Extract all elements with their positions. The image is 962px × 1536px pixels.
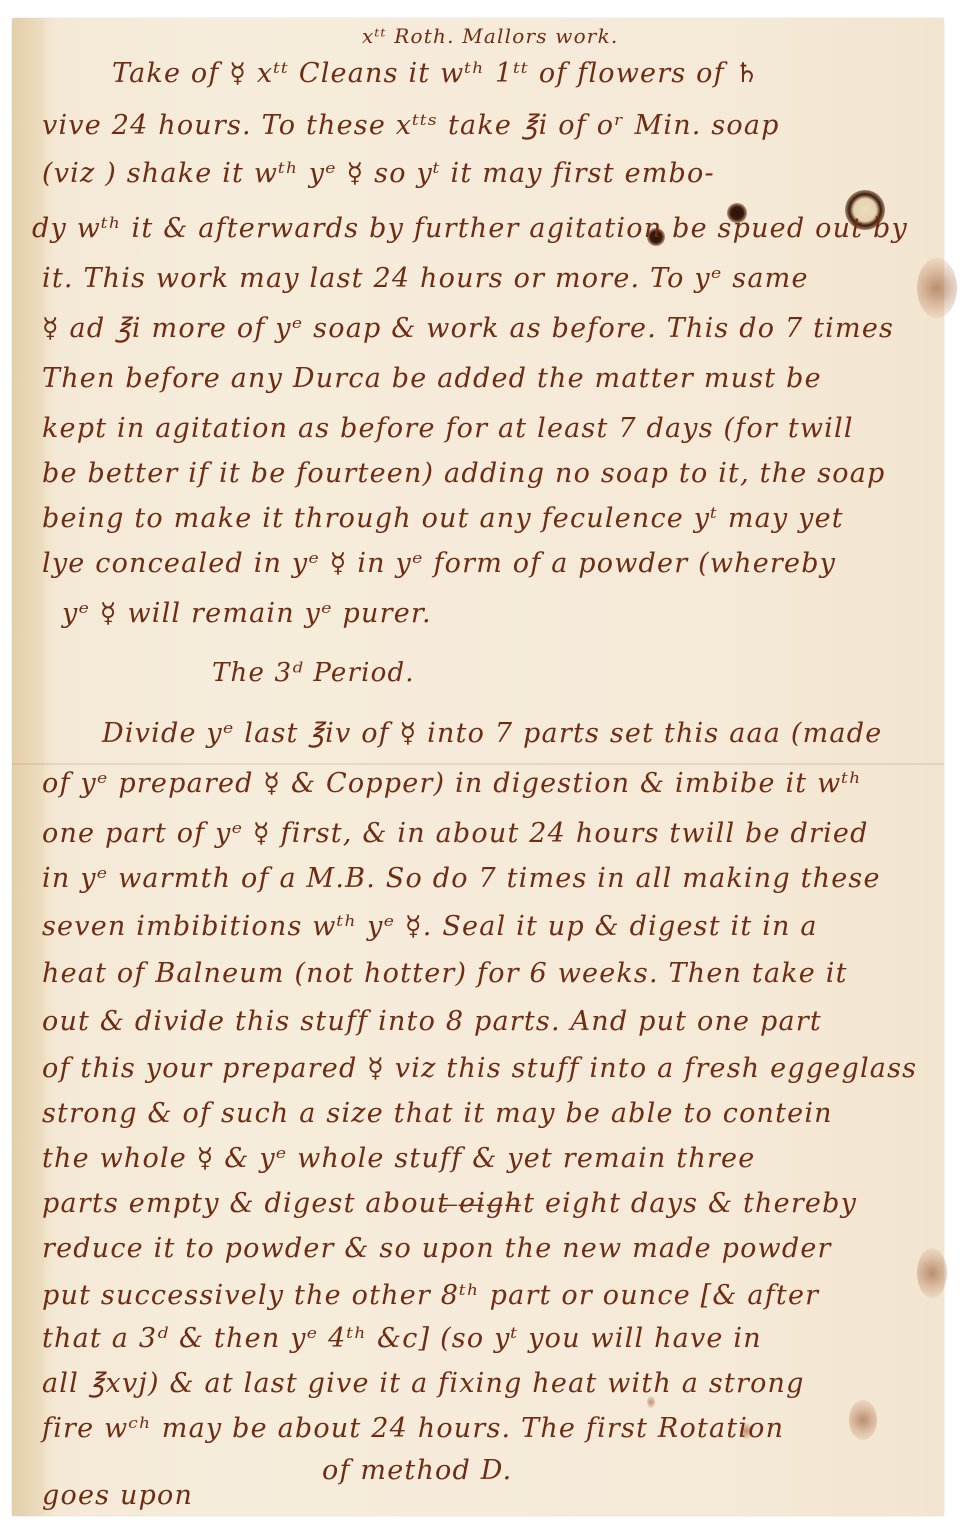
manuscript-line: one part of yᵉ ☿ first, & in about 24 ho… xyxy=(42,818,869,849)
manuscript-line: strong & of such a size that it may be a… xyxy=(42,1098,833,1129)
manuscript-line: it. This work may last 24 hours or more.… xyxy=(42,263,809,294)
manuscript-line: heat of Balneum (not hotter) for 6 weeks… xyxy=(42,958,848,989)
manuscript-line: fire wᶜʰ may be about 24 hours. The firs… xyxy=(42,1413,784,1444)
manuscript-line: all ℥xvj) & at last give it a fixing hea… xyxy=(42,1368,805,1399)
foxing-stain xyxy=(917,1248,947,1298)
manuscript-line: of yᵉ prepared ☿ & Copper) in digestion … xyxy=(42,768,862,799)
manuscript-line: of method D. xyxy=(322,1455,512,1486)
manuscript-line: Then before any Durca be added the matte… xyxy=(42,363,822,394)
manuscript-line: goes upon xyxy=(42,1480,193,1511)
manuscript-line: the whole ☿ & yᵉ whole stuff & yet remai… xyxy=(42,1143,755,1174)
manuscript-line: (viz ) shake it wᵗʰ yᵉ ☿ so yᵗ it may fi… xyxy=(42,158,715,189)
manuscript-line: seven imbibitions wᵗʰ yᵉ ☿. Seal it up &… xyxy=(42,911,818,942)
manuscript-line: that a 3ᵈ & then yᵉ 4ᵗʰ &c] (so yᵗ you w… xyxy=(42,1323,762,1354)
manuscript-line: put successively the other 8ᵗʰ part or o… xyxy=(42,1280,819,1311)
section-heading: The 3ᵈ Period. xyxy=(212,658,415,688)
manuscript-line: yᵉ ☿ will remain yᵉ purer. xyxy=(62,598,432,629)
manuscript-line: being to make it through out any feculen… xyxy=(42,503,844,534)
manuscript-line: lye concealed in yᵉ ☿ in yᵉ form of a po… xyxy=(42,548,836,579)
manuscript-line: be better if it be fourteen) adding no s… xyxy=(42,458,886,489)
manuscript-line: reduce it to powder & so upon the new ma… xyxy=(42,1233,832,1264)
manuscript-line: out & divide this stuff into 8 parts. An… xyxy=(42,1006,822,1037)
foxing-stain xyxy=(917,258,957,318)
manuscript-line: of this your prepared ☿ viz this stuff i… xyxy=(42,1053,917,1084)
manuscript-line: dy wᵗʰ it & afterwards by further agitat… xyxy=(32,213,908,244)
manuscript-line: kept in agitation as before for at least… xyxy=(42,413,854,444)
manuscript-line: vive 24 hours. To these xᵗᵗˢ take ℥i of … xyxy=(42,110,780,141)
manuscript-line: Divide yᵉ last ℥iv of ☿ into 7 parts set… xyxy=(102,718,882,749)
manuscript-line: xᵗᵗ Roth. Mallors work. xyxy=(362,24,618,48)
page-fold-crease xyxy=(12,763,944,765)
manuscript-line: ☿ ad ℥i more of yᵉ soap & work as before… xyxy=(42,313,894,344)
manuscript-line: parts empty & digest about ̶e̶i̶g̶h̶t ei… xyxy=(42,1188,857,1219)
manuscript-line: Take of ☿ xᵗᵗ Cleans it wᵗʰ 1ᵗᵗ of flowe… xyxy=(112,58,760,89)
manuscript-page: xᵗᵗ Roth. Mallors work.Take of ☿ xᵗᵗ Cle… xyxy=(12,18,944,1516)
foxing-stain xyxy=(849,1400,877,1440)
manuscript-line: in yᵉ warmth of a M.B. So do 7 times in … xyxy=(42,863,881,894)
